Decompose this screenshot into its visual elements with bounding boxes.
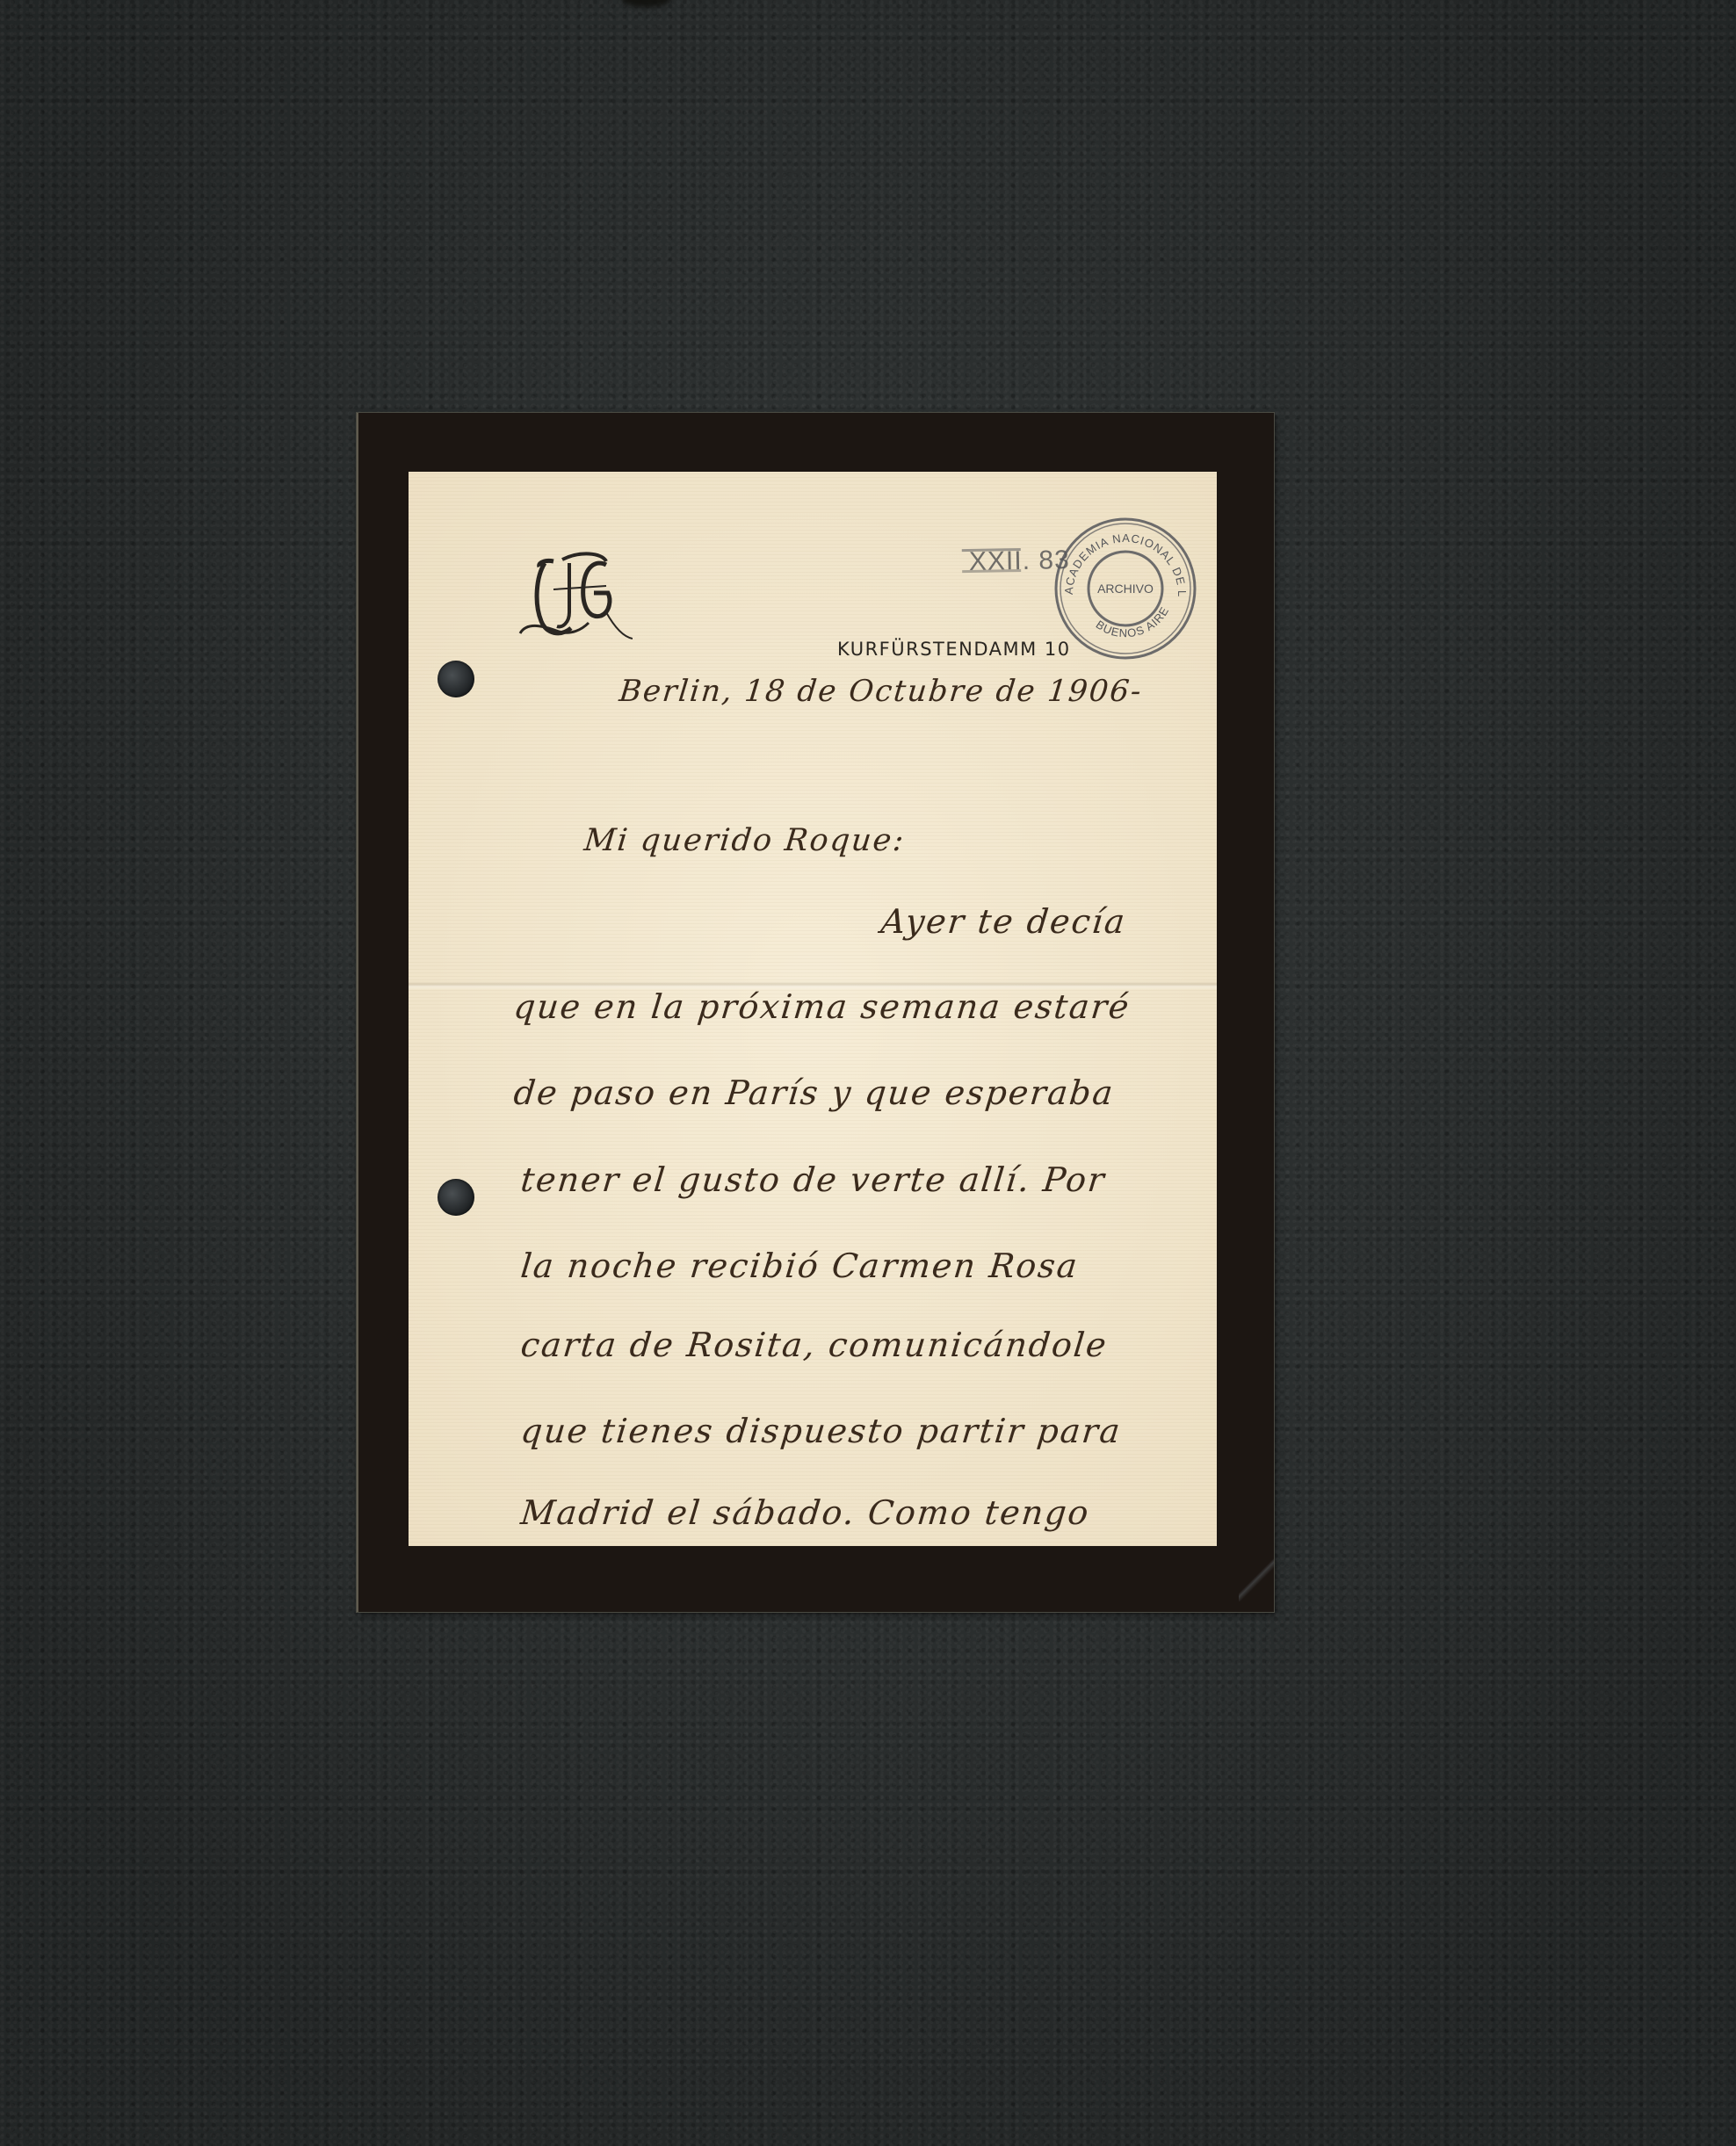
letter-line: Ayer te decía	[879, 902, 1128, 941]
letter-line: tener el gusto de verte allí. Por	[519, 1160, 1108, 1199]
letter-line: de paso en París y que esperaba	[512, 1073, 1117, 1112]
letter-line: la noche recibió Carmen Rosa	[519, 1246, 1081, 1285]
monogram-icon	[518, 551, 633, 647]
letter-line: carta de Rosita, comunicándole	[519, 1326, 1110, 1364]
stamp-center-text: ARCHIVO	[1097, 582, 1154, 596]
corner-wear	[1239, 1557, 1274, 1601]
letter-salutation: Mi querido Roque:	[582, 823, 907, 858]
punch-hole-bottom	[438, 1179, 474, 1216]
mourning-card: KURFÜRSTENDAMM 10 XXII. 83 ACADEMIA NACI…	[357, 413, 1274, 1612]
letterhead-address: KURFÜRSTENDAMM 10	[837, 639, 1071, 660]
letter-date: Berlin, 18 de Octubre de 1906-	[618, 674, 1145, 709]
edge-mark	[622, 0, 670, 7]
letter-line: Madrid el sábado. Como tengo	[519, 1493, 1092, 1532]
letter-paper: KURFÜRSTENDAMM 10 XXII. 83 ACADEMIA NACI…	[409, 472, 1217, 1546]
letter-line: que tienes dispuesto partir para	[519, 1412, 1124, 1450]
archive-stamp-icon: ACADEMIA NACIONAL DE LA HISTORIA BUENOS …	[1052, 516, 1198, 661]
punch-hole-top	[438, 661, 474, 697]
letter-line: que en la próxima semana estaré	[512, 987, 1132, 1026]
